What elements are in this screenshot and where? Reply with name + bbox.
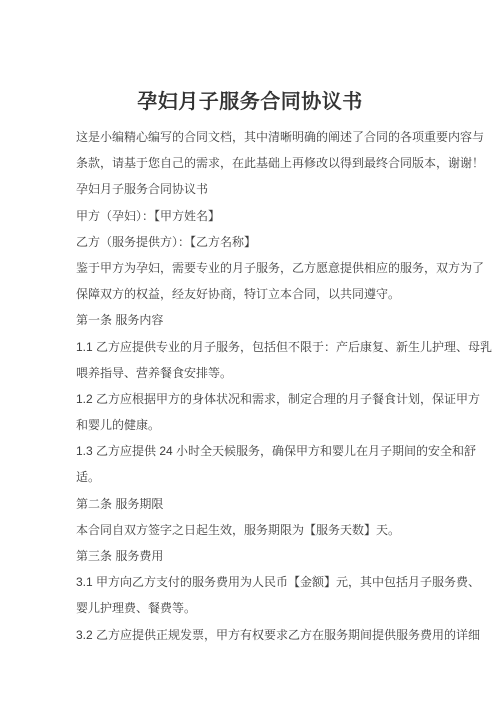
document-title: 孕妇月子服务合同协议书 bbox=[0, 85, 500, 114]
document-line: 喂养指导、营养餐食安排等。 bbox=[76, 360, 432, 386]
document-line: 鉴于甲方为孕妇，需要专业的月子服务，乙方愿意提供相应的服务，双方为了 bbox=[76, 255, 432, 281]
document-line: 3.2 乙方应提供正规发票，甲方有权要求乙方在服务期间提供服务费用的详细 bbox=[76, 622, 432, 648]
document-line: 和婴儿的健康。 bbox=[76, 412, 432, 438]
document-section-heading: 第一条 服务内容 bbox=[76, 307, 432, 333]
document-line: 1.3 乙方应提供 24 小时全天候服务，确保甲方和婴儿在月子期间的安全和舒 bbox=[76, 438, 432, 464]
document-line: 1.1 乙方应提供专业的月子服务，包括但不限于：产后康复、新生儿护理、母乳 bbox=[76, 334, 432, 360]
document-section-heading: 第三条 服务费用 bbox=[76, 543, 432, 569]
document-line: 保障双方的权益，经友好协商，特订立本合同，以共同遵守。 bbox=[76, 281, 432, 307]
document-section-heading: 第二条 服务期限 bbox=[76, 491, 432, 517]
document-line: 婴儿护理费、餐费等。 bbox=[76, 595, 432, 621]
document-line: 本合同自双方签字之日起生效，服务期限为【服务天数】天。 bbox=[76, 517, 432, 543]
document-line: 这是小编精心编写的合同文档，其中清晰明确的阐述了合同的各项重要内容与 bbox=[76, 124, 432, 150]
document-line: 条款，请基于您自己的需求，在此基础上再修改以得到最终合同版本，谢谢！ bbox=[76, 150, 432, 176]
document-line: 适。 bbox=[76, 464, 432, 490]
document-body: 这是小编精心编写的合同文档，其中清晰明确的阐述了合同的各项重要内容与 条款，请基… bbox=[76, 124, 432, 648]
document-line: 孕妇月子服务合同协议书 bbox=[76, 176, 432, 202]
document-line: 1.2 乙方应根据甲方的身体状况和需求，制定合理的月子餐食计划，保证甲方 bbox=[76, 386, 432, 412]
document-line: 乙方（服务提供方）：【乙方名称】 bbox=[76, 229, 432, 255]
document-line: 3.1 甲方向乙方支付的服务费用为人民币【金额】元，其中包括月子服务费、 bbox=[76, 569, 432, 595]
document-line: 甲方（孕妇）：【甲方姓名】 bbox=[76, 203, 432, 229]
document-page: 孕妇月子服务合同协议书 这是小编精心编写的合同文档，其中清晰明确的阐述了合同的各… bbox=[0, 0, 500, 707]
